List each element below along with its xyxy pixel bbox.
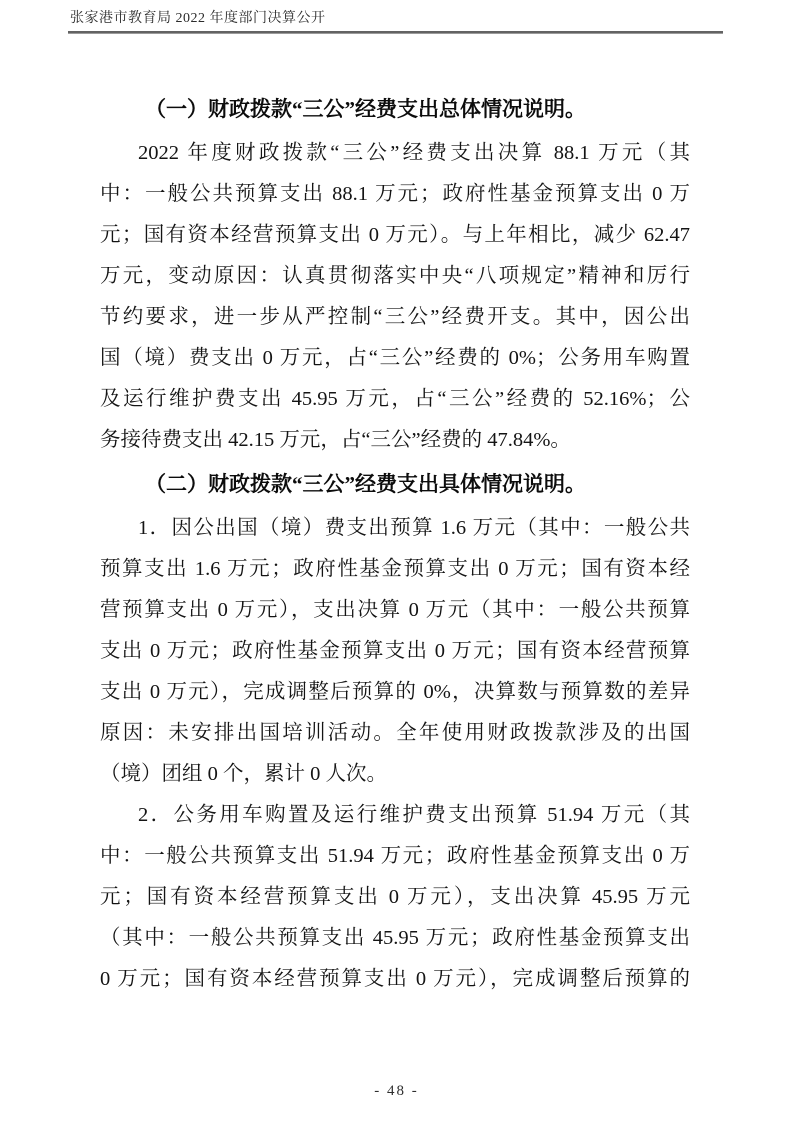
body-line: 及运行维护费支出 45.95 万元，占“三公”经费的 52.16%；公: [100, 379, 690, 420]
body-line: 中：一般公共预算支出 51.94 万元；政府性基金预算支出 0 万: [100, 836, 690, 877]
body-line: 元；国有资本经营预算支出 0 万元）。与上年相比，减少 62.47: [100, 215, 690, 256]
section-heading: （一）财政拨款“三公”经费支出总体情况说明。: [100, 89, 690, 130]
body-line: 中：一般公共预算支出 88.1 万元；政府性基金预算支出 0 万: [100, 174, 690, 215]
body-line: 务接待费支出 42.15 万元，占“三公”经费的 47.84%。: [100, 420, 690, 461]
page-number: - 48 -: [0, 1083, 793, 1100]
running-header: 张家港市教育局 2022 年度部门决算公开: [70, 10, 723, 28]
body-line: 元；国有资本经营预算支出 0 万元），支出决算 45.95 万元: [100, 877, 690, 918]
section-heading: （二）财政拨款“三公”经费支出具体情况说明。: [100, 464, 690, 505]
body-line: 2．公务用车购置及运行维护费支出预算 51.94 万元（其: [100, 795, 690, 836]
body-line: 营预算支出 0 万元），支出决算 0 万元（其中：一般公共预算: [100, 590, 690, 631]
body-line: 节约要求，进一步从严控制“三公”经费开支。其中，因公出: [100, 297, 690, 338]
body-line: （境）团组 0 个，累计 0 人次。: [100, 754, 690, 795]
body-line: 支出 0 万元），完成调整后预算的 0%，决算数与预算数的差异: [100, 672, 690, 713]
body-line: 0 万元；国有资本经营预算支出 0 万元），完成调整后预算的: [100, 959, 690, 1000]
body-line: 预算支出 1.6 万元；政府性基金预算支出 0 万元；国有资本经: [100, 549, 690, 590]
body-line: 2022 年度财政拨款“三公”经费支出决算 88.1 万元（其: [100, 133, 690, 174]
body-line: （其中：一般公共预算支出 45.95 万元；政府性基金预算支出: [100, 918, 690, 959]
document-page: 张家港市教育局 2022 年度部门决算公开 （一）财政拨款“三公”经费支出总体情…: [0, 0, 793, 1122]
body-line: 国（境）费支出 0 万元，占“三公”经费的 0%；公务用车购置: [100, 338, 690, 379]
body-line: 支出 0 万元；政府性基金预算支出 0 万元；国有资本经营预算: [100, 631, 690, 672]
body-line: 1．因公出国（境）费支出预算 1.6 万元（其中：一般公共: [100, 508, 690, 549]
body-line: 万元，变动原因：认真贯彻落实中央“八项规定”精神和厉行: [100, 256, 690, 297]
document-body: （一）财政拨款“三公”经费支出总体情况说明。2022 年度财政拨款“三公”经费支…: [100, 86, 690, 1000]
header-rule: [68, 31, 723, 34]
body-line: 原因：未安排出国培训活动。全年使用财政拨款涉及的出国: [100, 713, 690, 754]
